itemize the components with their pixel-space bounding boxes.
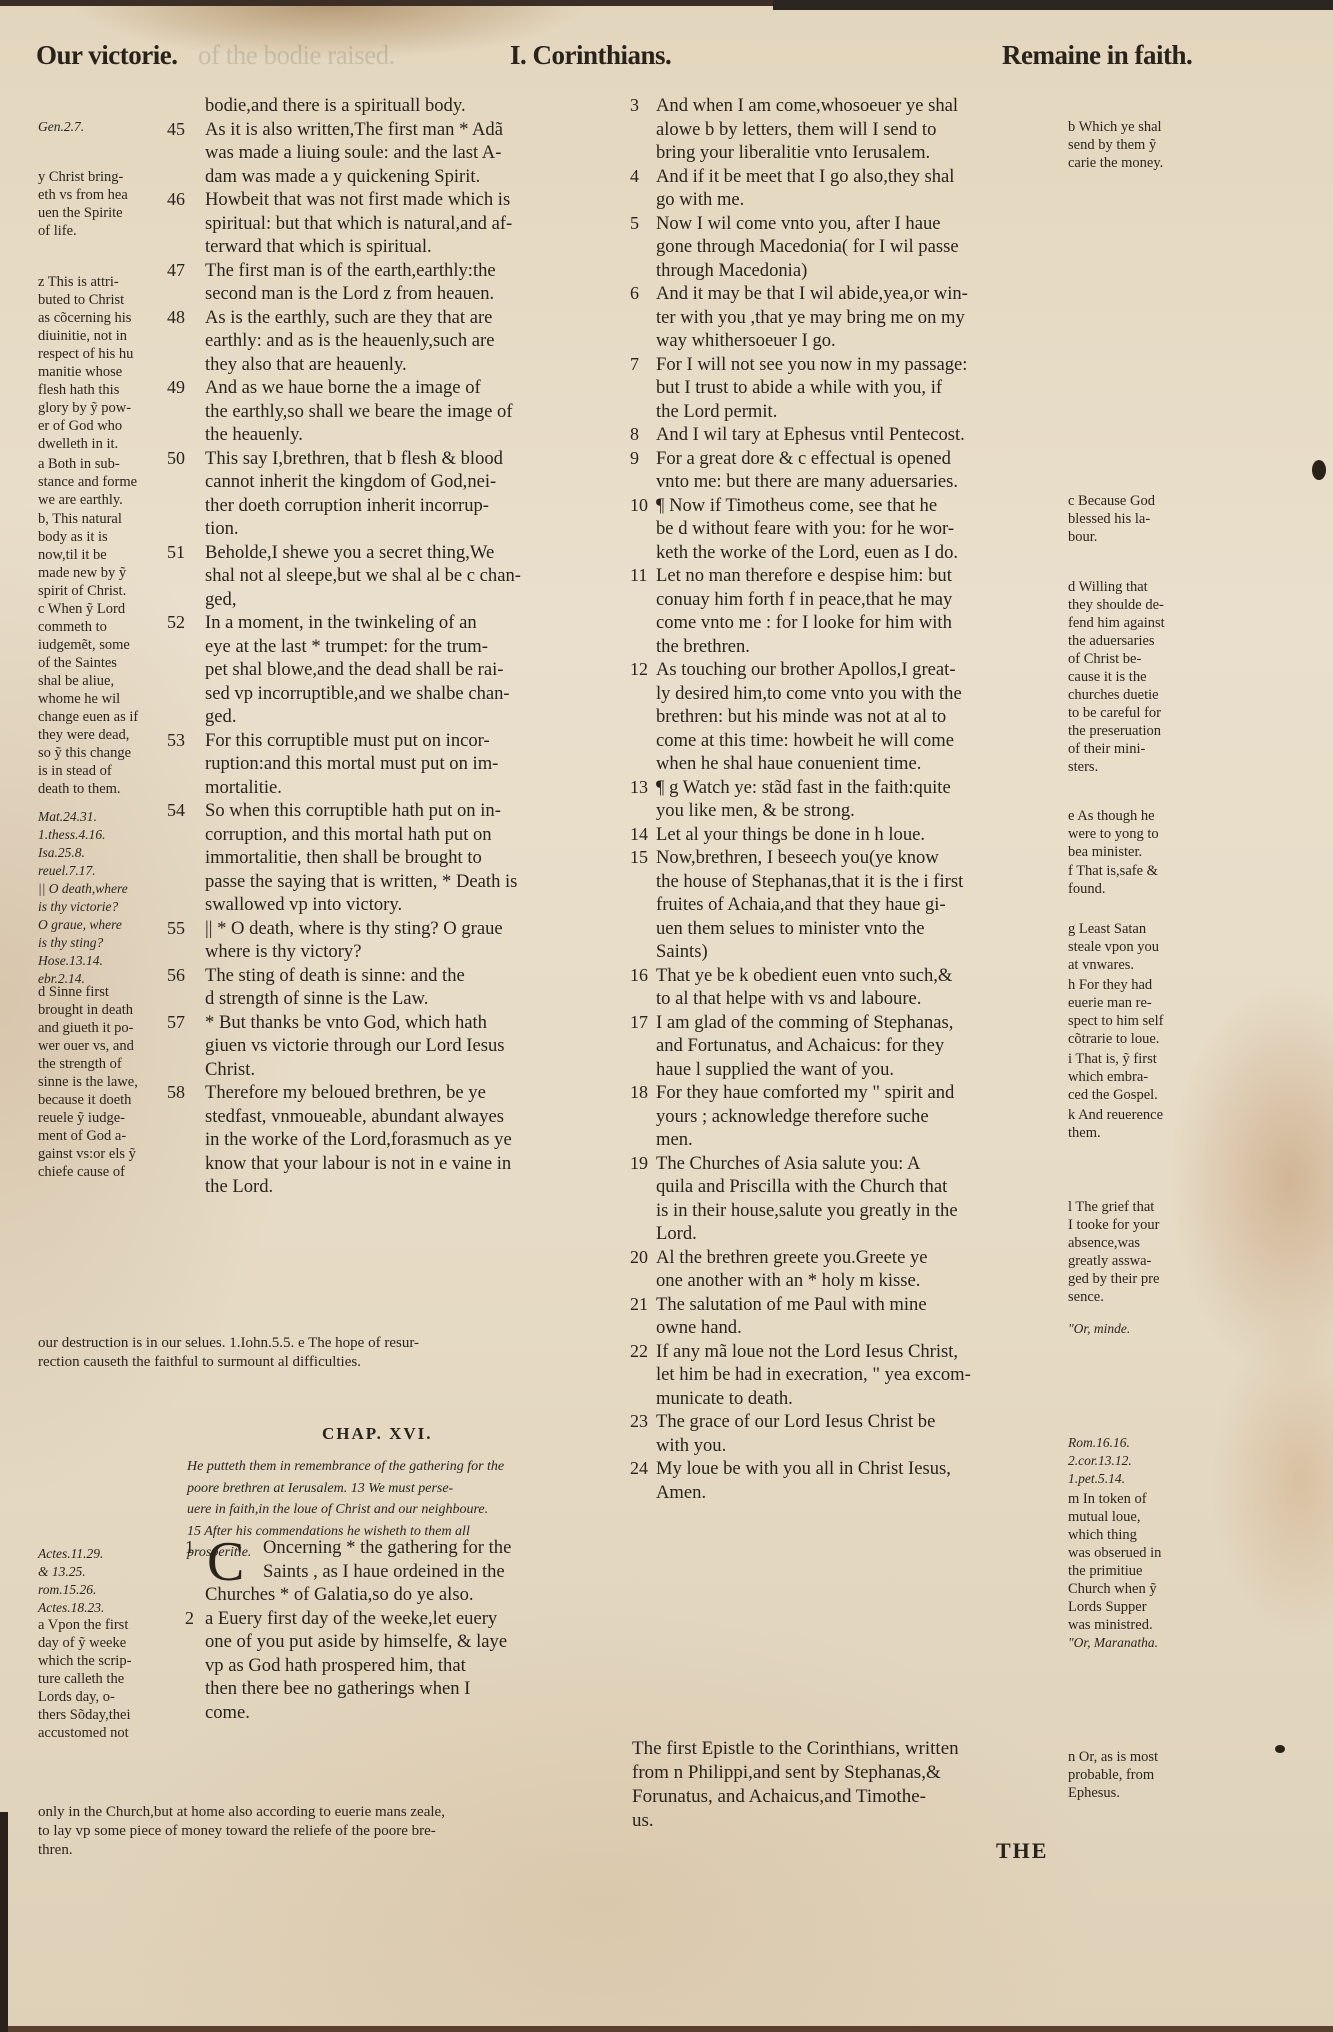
chapter-16-text: 1Oncerning * the gathering for theSaints…	[205, 1536, 511, 1724]
verse-line: dam was made a y quickening Spirit.	[205, 165, 521, 189]
verse-text: one of you put aside by himselfe, & laye	[205, 1631, 507, 1652]
verse-number: 17	[630, 1011, 648, 1035]
note-line: and giueth it po-	[38, 1019, 138, 1037]
verse-text: one another with an * holy m kisse.	[656, 1270, 920, 1291]
cross-reference: Actes.11.29.& 13.25.rom.15.26.Actes.18.2…	[38, 1545, 104, 1617]
verse-number: 9	[630, 447, 639, 471]
verse-text: And it may be that I wil abide,yea,or wi…	[656, 283, 968, 304]
verse-line: bring your liberalitie vnto Ierusalem.	[656, 141, 971, 165]
verse-text: yours ; acknowledge therefore suche	[656, 1106, 929, 1127]
verse-text: ¶ g Watch ye: stãd fast in the faith:qui…	[656, 777, 951, 798]
note-line: thers Sõday,thei	[38, 1706, 131, 1724]
note-line: Isa.25.8.	[38, 844, 106, 862]
verse-text: fruites of Achaia,and that they haue gi-	[656, 894, 946, 915]
note-line: was ministred.	[1068, 1616, 1161, 1634]
margin-note: n Or, as is mostprobable, fromEphesus.	[1068, 1748, 1158, 1802]
text-line: poore brethren at Ierusalem. 13 We must …	[187, 1478, 504, 1500]
note-line: they shoulde de-	[1068, 596, 1165, 614]
verse-line: giuen vs victorie through our Lord Iesus	[205, 1034, 521, 1058]
verse-line: 2a Euery first day of the weeke,let euer…	[205, 1607, 511, 1631]
verse-text: you like men, & be strong.	[656, 800, 855, 821]
note-line: g Least Satan	[1068, 920, 1159, 938]
verse-line: go with me.	[656, 188, 971, 212]
verse-text: shal not al sleepe,but we shal al be c c…	[205, 565, 521, 586]
verse-number: 55	[167, 917, 185, 941]
verse-line: to al that helpe with vs and laboure.	[656, 987, 971, 1011]
note-line: was obserued in	[1068, 1544, 1161, 1562]
note-line: ture calleth the	[38, 1670, 131, 1688]
verse-line: ged,	[205, 588, 521, 612]
verse-line: 1Oncerning * the gathering for the	[205, 1536, 511, 1560]
verse-text: Lord.	[656, 1223, 697, 1244]
verse-line: but I trust to abide a while with you, i…	[656, 376, 971, 400]
verse-number: 50	[167, 447, 185, 471]
note-line: d Willing that	[1068, 578, 1165, 596]
verse-line: municate to death.	[656, 1387, 971, 1411]
left-column-text: bodie,and there is a spirituall body.45A…	[205, 94, 521, 1199]
verse-line: 8And I wil tary at Ephesus vntil Penteco…	[656, 423, 971, 447]
note-line: Hose.13.14.	[38, 952, 128, 970]
verse-text: way whithersoeuer I go.	[656, 330, 836, 351]
verse-line: in the worke of the Lord,forasmuch as ye	[205, 1128, 521, 1152]
note-line: respect of his hu	[38, 345, 133, 363]
verse-text: the house of Stephanas,that it is the i …	[656, 871, 963, 892]
verse-text: come at this time: howbeit he will come	[656, 730, 954, 751]
note-line: Lords day, o-	[38, 1688, 131, 1706]
note-line: 1.pet.5.14.	[1068, 1470, 1132, 1488]
verse-line: yours ; acknowledge therefore suche	[656, 1105, 971, 1129]
verse-line: 13¶ g Watch ye: stãd fast in the faith:q…	[656, 776, 971, 800]
margin-note: d Willing thatthey shoulde de-fend him a…	[1068, 578, 1165, 776]
verse-line: men.	[656, 1128, 971, 1152]
verse-number: 6	[630, 282, 639, 306]
verse-text: let him be had in execration, " yea exco…	[656, 1364, 971, 1385]
note-line: is in stead of	[38, 762, 138, 780]
verse-line: spiritual: but that which is natural,and…	[205, 212, 521, 236]
verse-line: stedfast, vnmoueable, abundant alwayes	[205, 1105, 521, 1129]
note-line: chiefe cause of	[38, 1163, 138, 1181]
verse-text: tion.	[205, 518, 239, 539]
margin-note: b, This naturalbody as it isnow,til it b…	[38, 510, 126, 600]
verse-line: 19The Churches of Asia salute you: A	[656, 1152, 971, 1176]
verse-text: Now I wil come vnto you, after I haue	[656, 213, 941, 234]
verse-line: the house of Stephanas,that it is the i …	[656, 870, 971, 894]
margin-note: l The grief thatI tooke for yourabsence,…	[1068, 1198, 1159, 1306]
verse-text: And if it be meet that I go also,they sh…	[656, 166, 954, 187]
note-line: & 13.25.	[38, 1563, 104, 1581]
verse-number: 47	[167, 259, 185, 283]
note-line: z This is attri-	[38, 273, 133, 291]
verse-number: 15	[630, 846, 648, 870]
verse-text: then there bee no gatherings when I	[205, 1678, 470, 1699]
verse-text: My loue be with you all in Christ Iesus,	[656, 1458, 951, 1479]
text-line: uere in faith,in the loue of Christ and …	[187, 1499, 504, 1521]
verse-text: conuay him forth f in peace,that he may	[656, 589, 952, 610]
verse-number: 1	[185, 1536, 194, 1560]
verse-line: swallowed vp into victory.	[205, 893, 521, 917]
verse-line: 17I am glad of the comming of Stephanas,	[656, 1011, 971, 1035]
verse-number: 20	[630, 1246, 648, 1270]
note-line: reuele ỹ iudge-	[38, 1109, 138, 1127]
note-line: Actes.11.29.	[38, 1545, 104, 1563]
verse-text: corruption, and this mortal hath put on	[205, 824, 492, 845]
verse-line: corruption, and this mortal hath put on	[205, 823, 521, 847]
verse-text: men.	[656, 1129, 693, 1150]
verse-number: 23	[630, 1410, 648, 1434]
note-line: of the Saintes	[38, 654, 138, 672]
verse-line: let him be had in execration, " yea exco…	[656, 1363, 971, 1387]
note-line: reuel.7.17.	[38, 862, 106, 880]
verse-number: 13	[630, 776, 648, 800]
note-line: body as it is	[38, 528, 126, 546]
verse-line: 56The sting of death is sinne: and the	[205, 964, 521, 988]
margin-note: h For they hadeuerie man re-spect to him…	[1068, 976, 1163, 1048]
note-line: so ỹ this change	[38, 744, 138, 762]
note-line: sters.	[1068, 758, 1165, 776]
note-line: || O death,where	[38, 880, 128, 898]
verse-text: to al that helpe with vs and laboure.	[656, 988, 921, 1009]
verse-line: 14Let al your things be done in h loue.	[656, 823, 971, 847]
text-line: The first Epistle to the Corinthians, wr…	[632, 1737, 959, 1761]
verse-text: vnto me: but there are many aduersaries.	[656, 471, 958, 492]
verse-text: municate to death.	[656, 1388, 793, 1409]
verse-text: keth the worke of the Lord, euen as I do…	[656, 542, 958, 563]
verse-line: ged.	[205, 705, 521, 729]
verse-number: 22	[630, 1340, 648, 1364]
verse-text: the brethren.	[656, 636, 750, 657]
verse-line: 23The grace of our Lord Iesus Christ be	[656, 1410, 971, 1434]
verse-line: passe the saying that is written, * Deat…	[205, 870, 521, 894]
verse-text: This say I,brethren, that b flesh & bloo…	[205, 448, 503, 469]
verse-text: come vnto me : for I looke for him with	[656, 612, 952, 633]
note-line: of life.	[38, 222, 128, 240]
note-line: eth vs from hea	[38, 186, 128, 204]
note-line: Ephesus.	[1068, 1784, 1158, 1802]
verse-text: uen them selues to minister vnto the	[656, 918, 925, 939]
verse-line: Saints)	[656, 940, 971, 964]
verse-number: 7	[630, 353, 639, 377]
note-line: mutual loue,	[1068, 1508, 1161, 1526]
text-line: thren.	[38, 1841, 445, 1860]
verse-text: The salutation of me Paul with mine	[656, 1294, 927, 1315]
note-line: accustomed not	[38, 1724, 131, 1742]
note-line: spirit of Christ.	[38, 582, 126, 600]
verse-text: in the worke of the Lord,forasmuch as ye	[205, 1129, 512, 1150]
verse-text: So when this corruptible hath put on in-	[205, 800, 501, 821]
verse-text: || * O death, where is thy sting? O grau…	[205, 918, 503, 939]
verse-line: 58Therefore my beloued brethren, be ye	[205, 1081, 521, 1105]
verse-number: 53	[167, 729, 185, 753]
verse-line: ly desired him,to come vnto you with the	[656, 682, 971, 706]
verse-text: sed vp incorruptible,and we shalbe chan-	[205, 683, 510, 704]
verse-line: the Lord permit.	[656, 400, 971, 424]
verse-line: quila and Priscilla with the Church that	[656, 1175, 971, 1199]
note-line: rom.15.26.	[38, 1581, 104, 1599]
margin-note: d Sinne firstbrought in deathand giueth …	[38, 983, 138, 1181]
verse-line: one of you put aside by himselfe, & laye	[205, 1630, 511, 1654]
note-line: steale vpon you	[1068, 938, 1159, 956]
verse-line: ther doeth corruption inherit incorrup-	[205, 494, 521, 518]
note-line: ged by their pre	[1068, 1270, 1159, 1288]
verse-line: vp as God hath prospered him, that	[205, 1654, 511, 1678]
verse-line: shal not al sleepe,but we shal al be c c…	[205, 564, 521, 588]
verse-text: Howbeit that was not first made which is	[205, 189, 510, 210]
catchword: THE	[996, 1838, 1048, 1864]
note-line: d Sinne first	[38, 983, 138, 1001]
margin-note: a Vpon the firstday of ỹ weekewhich the …	[38, 1616, 131, 1742]
verse-number: 52	[167, 611, 185, 635]
verse-line: tion.	[205, 517, 521, 541]
verse-line: and Fortunatus, and Achaicus: for they	[656, 1034, 971, 1058]
verse-text: swallowed vp into victory.	[205, 894, 402, 915]
note-line: blessed his la-	[1068, 510, 1155, 528]
running-head-book-title: I. Corinthians.	[510, 40, 671, 71]
verse-line: the earthly,so shall we beare the image …	[205, 400, 521, 424]
note-line: diuinitie, not in	[38, 327, 133, 345]
verse-text: ter with you ,that ye may bring me on my	[656, 307, 965, 328]
note-line: c Because God	[1068, 492, 1155, 510]
verse-line: the Lord.	[205, 1175, 521, 1199]
verse-line: vnto me: but there are many aduersaries.	[656, 470, 971, 494]
verse-text: eye at the last * trumpet: for the trum-	[205, 636, 488, 657]
verse-text: Saints , as I haue ordeined in the	[205, 1561, 505, 1582]
note-line: sence.	[1068, 1288, 1159, 1306]
verse-text: Oncerning * the gathering for the	[205, 1537, 511, 1558]
verse-line: owne hand.	[656, 1316, 971, 1340]
verse-text: As it is also written,The first man * Ad…	[205, 119, 503, 140]
note-line: er of God who	[38, 417, 133, 435]
verse-line: 7For I will not see you now in my passag…	[656, 353, 971, 377]
note-line: m In token of	[1068, 1490, 1161, 1508]
note-line: is thy sting?	[38, 934, 128, 952]
verse-line: cannot inherit the kingdom of God,nei-	[205, 470, 521, 494]
verse-number: 19	[630, 1152, 648, 1176]
verse-number: 57	[167, 1011, 185, 1035]
verse-line: 55|| * O death, where is thy sting? O gr…	[205, 917, 521, 941]
verse-text: they also that are heauenly.	[205, 354, 407, 375]
note-line: y Christ bring-	[38, 168, 128, 186]
verse-text: Amen.	[656, 1482, 706, 1503]
note-line: we are earthly.	[38, 491, 137, 509]
verse-text: * But thanks be vnto God, which hath	[205, 1012, 487, 1033]
note-line: absence,was	[1068, 1234, 1159, 1252]
verse-line: Saints , as I haue ordeined in the	[205, 1560, 511, 1584]
verse-text: In a moment, in the twinkeling of an	[205, 612, 477, 633]
note-line: Lords Supper	[1068, 1598, 1161, 1616]
verse-line: 54So when this corruptible hath put on i…	[205, 799, 521, 823]
verse-text: ruption:and this mortal must put on im-	[205, 753, 498, 774]
verse-text: ged.	[205, 706, 237, 727]
verse-text: earthly: and as is the heauenly,such are	[205, 330, 494, 351]
verse-line: eye at the last * trumpet: for the trum-	[205, 635, 521, 659]
verse-line: ruption:and this mortal must put on im-	[205, 752, 521, 776]
verse-number: 5	[630, 212, 639, 236]
verse-line: 9For a great dore & c effectual is opene…	[656, 447, 971, 471]
verse-line: 53For this corruptible must put on incor…	[205, 729, 521, 753]
verse-text: The grace of our Lord Iesus Christ be	[656, 1411, 935, 1432]
verse-line: Lord.	[656, 1222, 971, 1246]
text-line: to lay vp some piece of money toward the…	[38, 1822, 445, 1841]
verse-number: 45	[167, 118, 185, 142]
text-line: Forunatus, and Achaicus,and Timothe-	[632, 1785, 959, 1809]
verse-text: Let no man therefore e despise him: but	[656, 565, 952, 586]
note-line: which thing	[1068, 1526, 1161, 1544]
verse-text: As touching our brother Apollos,I great-	[656, 659, 956, 680]
verse-line: 47The first man is of the earth,earthly:…	[205, 259, 521, 283]
note-line: the strength of	[38, 1055, 138, 1073]
note-line: ment of God a-	[38, 1127, 138, 1145]
verse-text: with you.	[656, 1435, 726, 1456]
verse-line: 50This say I,brethren, that b flesh & bl…	[205, 447, 521, 471]
verse-number: 51	[167, 541, 185, 565]
verse-line: 45As it is also written,The first man * …	[205, 118, 521, 142]
verse-text: but I trust to abide a while with you, i…	[656, 377, 942, 398]
verse-line: they also that are heauenly.	[205, 353, 521, 377]
verse-text: Now,brethren, I beseech you(ye know	[656, 847, 939, 868]
cross-reference: "Or, minde.	[1068, 1320, 1130, 1338]
verse-text: a Euery first day of the weeke,let euery	[205, 1608, 497, 1629]
note-line: cause it is the	[1068, 668, 1165, 686]
note-line: 1.thess.4.16.	[38, 826, 106, 844]
note-line: dwelleth in it.	[38, 435, 133, 453]
verse-text: As is the earthly, such are they that ar…	[205, 307, 492, 328]
note-line: to be careful for	[1068, 704, 1165, 722]
verse-line: immortalitie, then shall be brought to	[205, 846, 521, 870]
margin-note: z This is attri-buted to Christas cõcern…	[38, 273, 133, 453]
note-line: because it doeth	[38, 1091, 138, 1109]
verse-text: ¶ Now if Timotheus come, see that he	[656, 495, 937, 516]
note-line: h For they had	[1068, 976, 1163, 994]
text-line: He putteth them in remembrance of the ga…	[187, 1456, 504, 1478]
verse-line: bodie,and there is a spirituall body.	[205, 94, 521, 118]
verse-number: 24	[630, 1457, 648, 1481]
verse-number: 14	[630, 823, 648, 847]
note-line: Gen.2.7.	[38, 118, 84, 136]
verse-line: 16That ye be k obedient euen vnto such,&	[656, 964, 971, 988]
verse-line: Christ.	[205, 1058, 521, 1082]
verse-line: fruites of Achaia,and that they haue gi-	[656, 893, 971, 917]
epistle-colophon: The first Epistle to the Corinthians, wr…	[632, 1737, 959, 1833]
verse-line: 24My loue be with you all in Christ Iesu…	[656, 1457, 971, 1481]
verse-line: one another with an * holy m kisse.	[656, 1269, 971, 1293]
verse-line: Churches * of Galatia,so do ye also.	[205, 1583, 511, 1607]
verse-line: 5Now I wil come vnto you, after I haue	[656, 212, 971, 236]
verse-text: That ye be k obedient euen vnto such,&	[656, 965, 952, 986]
note-line: l The grief that	[1068, 1198, 1159, 1216]
verse-text: The first man is of the earth,earthly:th…	[205, 260, 496, 281]
verse-number: 4	[630, 165, 639, 189]
note-line: e As though he	[1068, 807, 1159, 825]
note-line: carie the money.	[1068, 154, 1163, 172]
verse-text: For this corruptible must put on incor-	[205, 730, 490, 751]
note-line: the aduersaries	[1068, 632, 1165, 650]
verse-line: through Macedonia)	[656, 259, 971, 283]
note-line: made new by ỹ	[38, 564, 126, 582]
note-line: flesh hath this	[38, 381, 133, 399]
verse-text: the earthly,so shall we beare the image …	[205, 401, 513, 422]
verse-line: haue l supplied the want of you.	[656, 1058, 971, 1082]
right-column-text: 3And when I am come,whosoeuer ye shalalo…	[656, 94, 971, 1504]
note-line: spect to him self	[1068, 1012, 1163, 1030]
verse-line: 12As touching our brother Apollos,I grea…	[656, 658, 971, 682]
verse-text: ged,	[205, 589, 237, 610]
note-line: whome he wil	[38, 690, 138, 708]
verse-text: when he shal haue conuenient time.	[656, 753, 921, 774]
verse-line: earthly: and as is the heauenly,such are	[205, 329, 521, 353]
note-line: found.	[1068, 880, 1158, 898]
verse-line: 20Al the brethren greete you.Greete ye	[656, 1246, 971, 1270]
verse-number: 18	[630, 1081, 648, 1105]
verse-line: 49And as we haue borne the a image of	[205, 376, 521, 400]
chapter-heading: CHAP. XVI.	[322, 1424, 433, 1444]
verse-text: mortalitie.	[205, 777, 282, 798]
verse-number: 10	[630, 494, 648, 518]
verse-number: 16	[630, 964, 648, 988]
verse-text: come.	[205, 1702, 250, 1723]
note-line: b Which ye shal	[1068, 118, 1163, 136]
verse-line: with you.	[656, 1434, 971, 1458]
verse-line: come at this time: howbeit he will come	[656, 729, 971, 753]
note-line: f That is,safe &	[1068, 862, 1158, 880]
verse-text: pet shal blowe,and the dead shall be rai…	[205, 659, 503, 680]
verse-number: 11	[630, 564, 647, 588]
verse-line: 18For they haue comforted my " spirit an…	[656, 1081, 971, 1105]
verse-line: gone through Macedonia( for I wil passe	[656, 235, 971, 259]
note-line: commeth to	[38, 618, 138, 636]
verse-number: 2	[185, 1607, 194, 1631]
note-line: change euen as if	[38, 708, 138, 726]
note-line: which embra-	[1068, 1068, 1158, 1086]
note-line: day of ỹ weeke	[38, 1634, 131, 1652]
note-line: shal be aliue,	[38, 672, 138, 690]
verse-text: dam was made a y quickening Spirit.	[205, 166, 480, 187]
note-line: a Vpon the first	[38, 1616, 131, 1634]
page-left-edge-shadow	[0, 1812, 8, 2032]
verse-text: d strength of sinne is the Law.	[205, 988, 428, 1009]
verse-text: Al the brethren greete you.Greete ye	[656, 1247, 928, 1268]
verse-text: Christ.	[205, 1059, 255, 1080]
verse-line: Amen.	[656, 1481, 971, 1505]
note-line: churches duetie	[1068, 686, 1165, 704]
note-line: ced the Gospel.	[1068, 1086, 1158, 1104]
verse-line: 48As is the earthly, such are they that …	[205, 306, 521, 330]
note-line: glory by ỹ pow-	[38, 399, 133, 417]
verse-text: terward that which is spiritual.	[205, 236, 432, 257]
note-line: probable, from	[1068, 1766, 1158, 1784]
verse-line: then there bee no gatherings when I	[205, 1677, 511, 1701]
verse-text: where is thy victory?	[205, 941, 361, 962]
margin-note: b Which ye shalsend by them ỹcarie the m…	[1068, 118, 1163, 172]
note-line: now,til it be	[38, 546, 126, 564]
note-line: the preseruation	[1068, 722, 1165, 740]
verse-text: through Macedonia)	[656, 260, 807, 281]
cross-reference: Gen.2.7.	[38, 118, 84, 136]
verse-line: alowe b by letters, them will I send to	[656, 118, 971, 142]
verse-text: haue l supplied the want of you.	[656, 1059, 894, 1080]
verse-number: 56	[167, 964, 185, 988]
note-line: as cõcerning his	[38, 309, 133, 327]
verse-text: was made a liuing soule: and the last A-	[205, 142, 501, 163]
verse-line: 21The salutation of me Paul with mine	[656, 1293, 971, 1317]
note-line: cõtrarie to loue.	[1068, 1030, 1163, 1048]
cross-reference: Rom.16.16.2.cor.13.12.1.pet.5.14.	[1068, 1434, 1132, 1488]
note-line: euerie man re-	[1068, 994, 1163, 1012]
verse-line: 11Let no man therefore e despise him: bu…	[656, 564, 971, 588]
verse-text: For I will not see you now in my passage…	[656, 354, 967, 375]
note-line: I tooke for your	[1068, 1216, 1159, 1234]
margin-note: k And reuerencethem.	[1068, 1106, 1163, 1142]
note-line: c When ỹ Lord	[38, 600, 138, 618]
